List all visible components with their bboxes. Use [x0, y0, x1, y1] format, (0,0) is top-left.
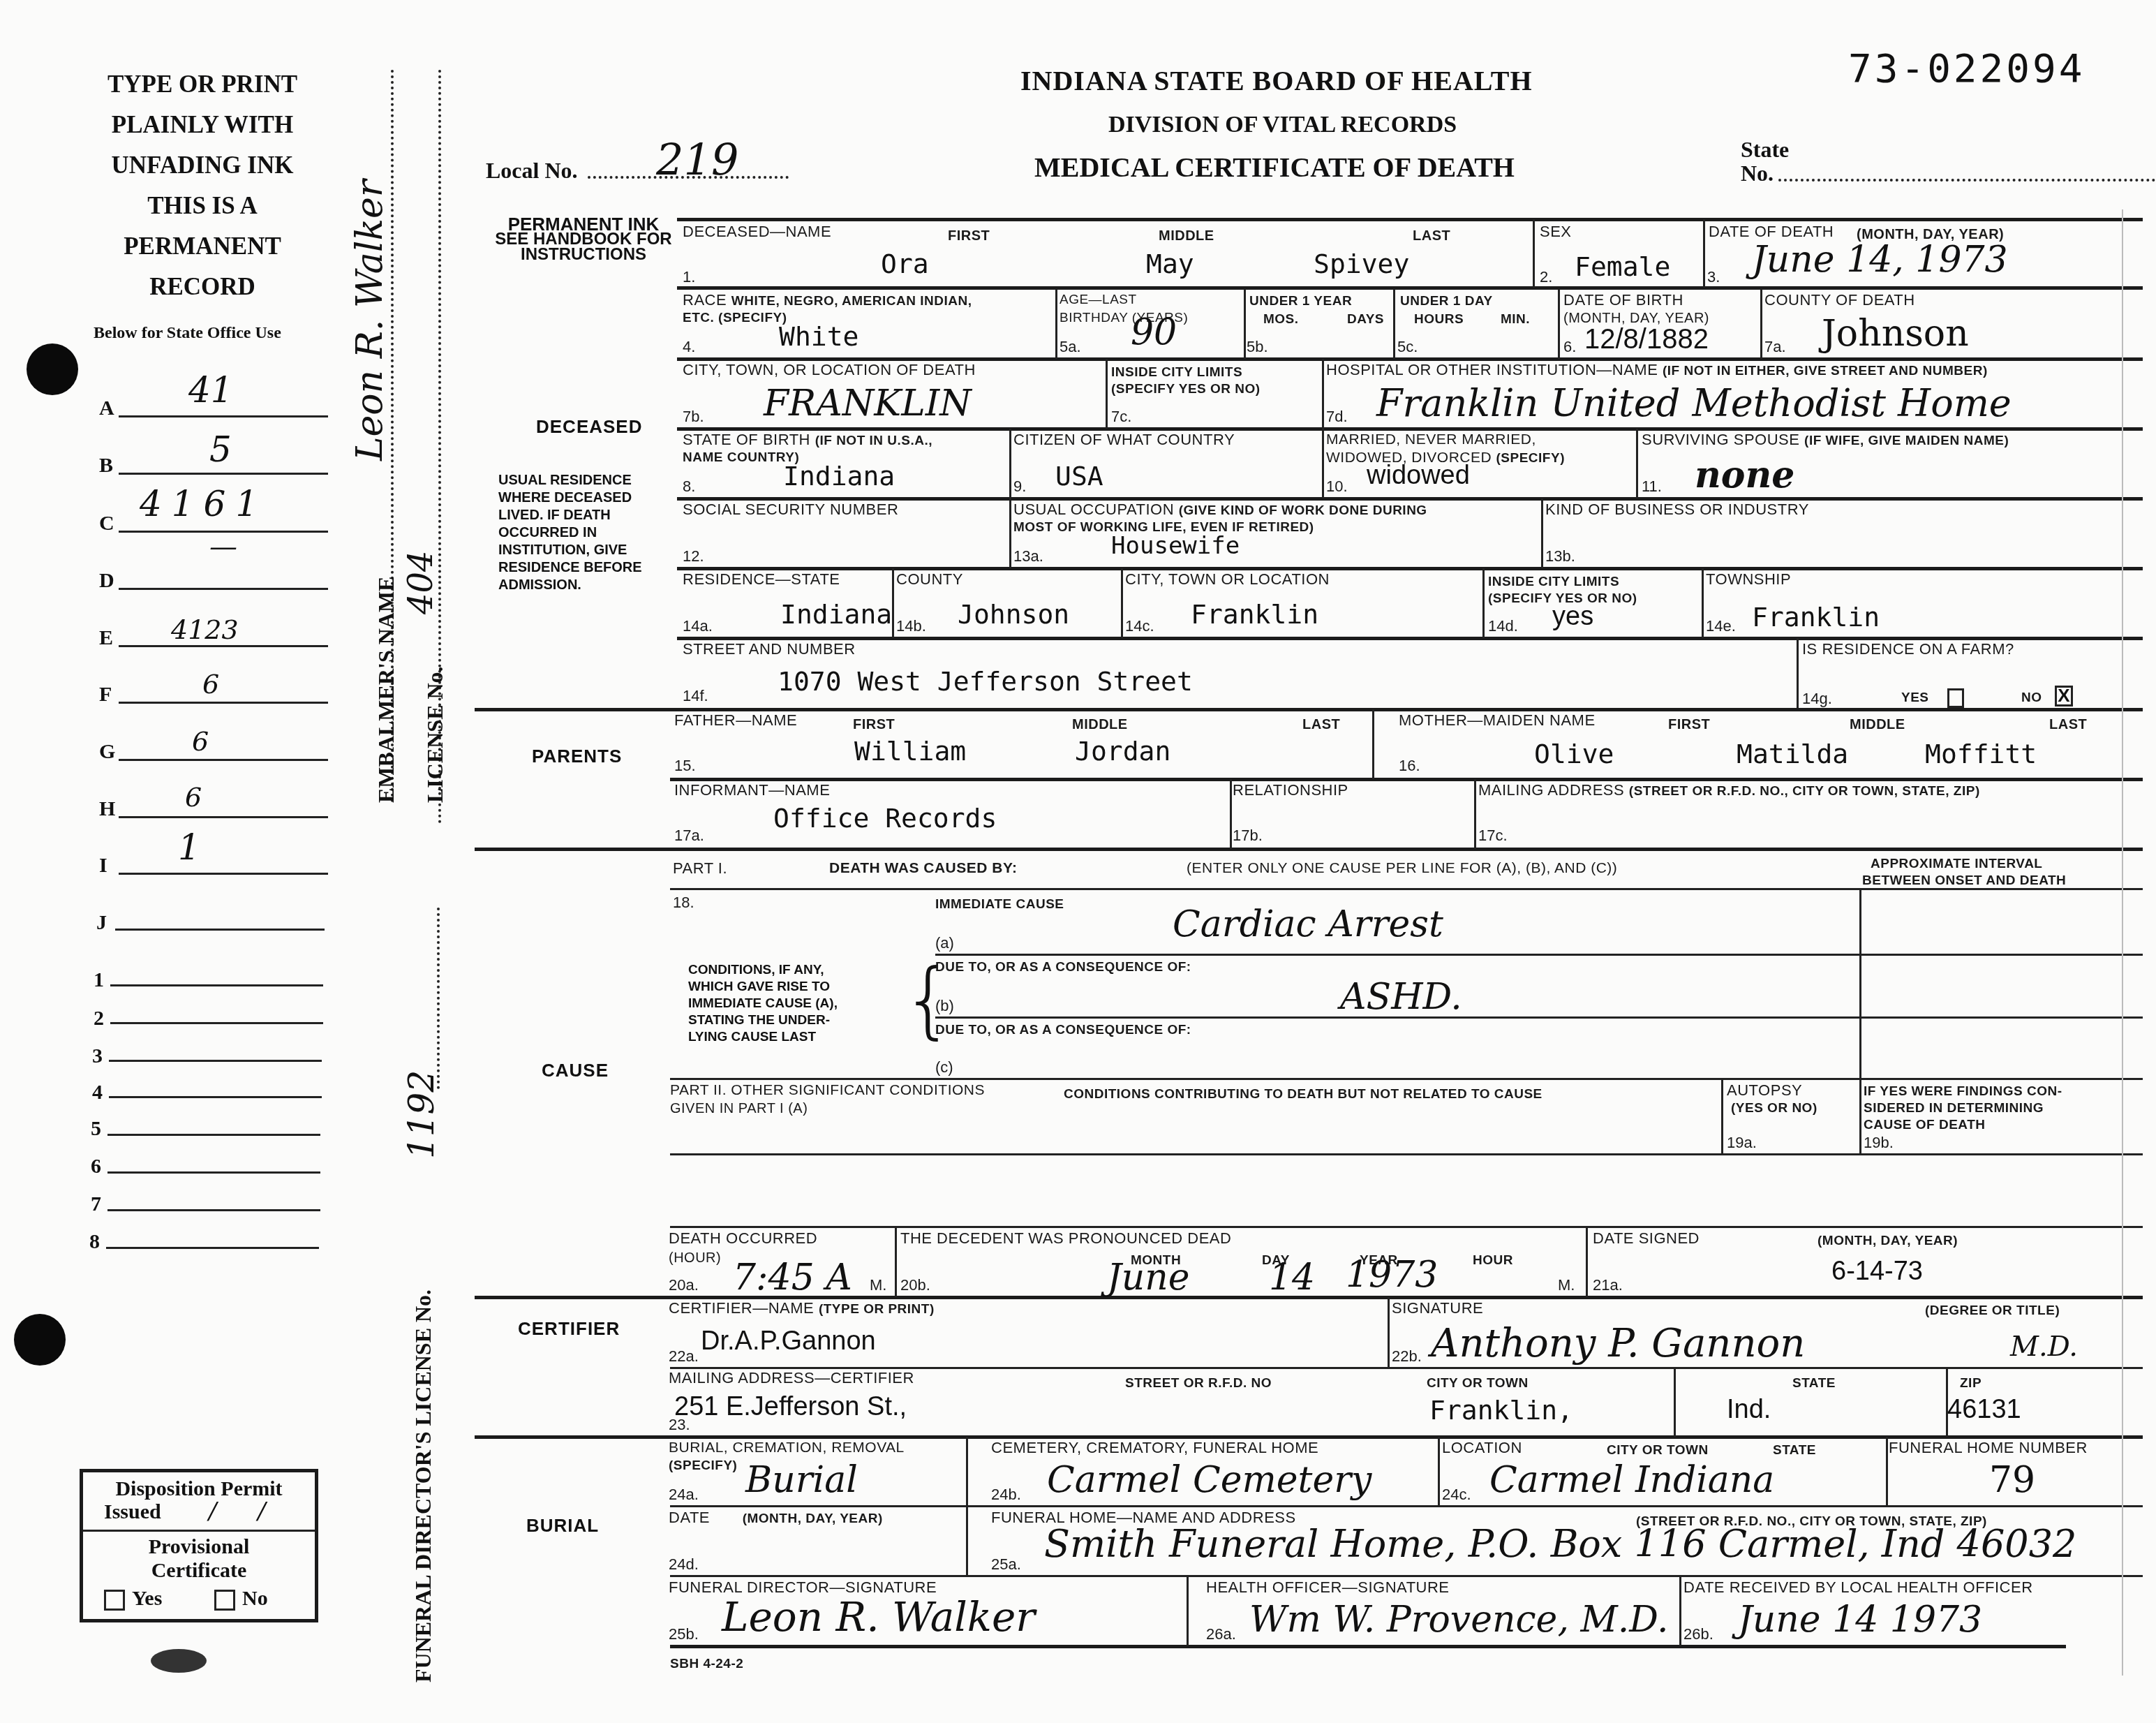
- label: UNDER 1 DAY: [1400, 293, 1493, 310]
- notice-line: UNFADING INK: [84, 145, 321, 186]
- embalmer-name-label: EMBALMER'S NAME: [373, 577, 399, 803]
- label: SIDERED IN DETERMINING: [1864, 1100, 2044, 1117]
- label: HOSPITAL OR OTHER INSTITUTION—NAME (IF N…: [1326, 362, 1988, 380]
- divider: [1703, 219, 1705, 288]
- divider: [1859, 889, 1861, 1079]
- embalmer-name-value[interactable]: Leon R. Walker: [349, 179, 391, 461]
- certifier-name-value[interactable]: Dr.A.P.Gannon: [701, 1326, 876, 1356]
- certifier-signature[interactable]: Anthony P. Gannon: [1431, 1321, 1805, 1366]
- disposition-divider: [83, 1530, 315, 1532]
- field-num: 14g.: [1802, 690, 1832, 708]
- label: LAST: [2049, 716, 2087, 733]
- notice-line: PLAINLY WITH: [84, 105, 321, 145]
- handbook-label-2: INSTRUCTIONS: [486, 247, 681, 262]
- label: CITY OR TOWN: [1607, 1442, 1709, 1459]
- residence-county-value[interactable]: Johnson: [958, 599, 1069, 630]
- divider: [1187, 1576, 1189, 1646]
- field-num: 26b.: [1683, 1625, 1713, 1643]
- local-no-value[interactable]: 219: [656, 134, 738, 185]
- divider: [1886, 1437, 1888, 1507]
- divider: [1797, 638, 1799, 708]
- field-num: 17b.: [1233, 827, 1263, 845]
- divider: [1230, 779, 1232, 849]
- label: FATHER—NAME: [674, 712, 797, 729]
- cause-a-value[interactable]: Cardiac Arrest: [1173, 903, 1443, 945]
- label: ETC. (SPECIFY): [683, 310, 787, 327]
- label: INSIDE CITY LIMITS: [1111, 364, 1242, 381]
- funeral-home-number-value[interactable]: 79: [1989, 1459, 2035, 1501]
- field-num: 14a.: [683, 617, 713, 635]
- father-first-value[interactable]: William: [854, 736, 966, 767]
- state-file-number: 73-022094: [1848, 46, 2085, 91]
- label: (IF NOT IN EITHER, GIVE STREET AND NUMBE…: [1663, 364, 1988, 378]
- note-line: RESIDENCE BEFORE: [498, 559, 642, 577]
- field-num: 4.: [683, 338, 695, 356]
- rule: [670, 1078, 2143, 1080]
- code-key: A: [99, 397, 114, 420]
- field-num: 5a.: [1060, 338, 1081, 356]
- field-num: 10.: [1326, 478, 1348, 496]
- code-key: 7: [91, 1192, 101, 1216]
- note-line: OCCURRED IN: [498, 524, 642, 542]
- label: HOUR: [1473, 1252, 1513, 1269]
- code-line: [109, 1060, 322, 1062]
- inside-city-limits-value[interactable]: yes: [1552, 602, 1593, 632]
- label: CERTIFIER—NAME (TYPE OR PRINT): [669, 1300, 935, 1318]
- code-key: E: [99, 626, 113, 650]
- union-label-icon: [151, 1649, 207, 1673]
- field-num: 17a.: [674, 827, 704, 845]
- death-certificate: TYPE OR PRINT PLAINLY WITH UNFADING INK …: [0, 0, 2156, 1723]
- farm-no-checkbox[interactable]: X: [2055, 686, 2073, 707]
- label: DATE (MONTH, DAY, YEAR): [669, 1509, 883, 1528]
- divider: [1009, 498, 1011, 568]
- label: DATE RECEIVED BY LOCAL HEALTH OFFICER: [1683, 1579, 2033, 1596]
- label: SEX: [1540, 223, 1572, 240]
- rule: [670, 1153, 2143, 1155]
- place-of-death-value[interactable]: FRANKLIN: [764, 383, 972, 424]
- code-value[interactable]: 6: [192, 726, 209, 757]
- code-line: [109, 1096, 322, 1098]
- label: MAILING ADDRESS (STREET OR R.F.D. NO., C…: [1478, 782, 1980, 800]
- sex-value[interactable]: Female: [1575, 251, 1670, 282]
- code-key: I: [99, 854, 107, 878]
- label: LOCATION: [1442, 1440, 1522, 1456]
- label: (MONTH, DAY, YEAR): [743, 1511, 883, 1526]
- divider: [1636, 429, 1638, 498]
- label: CITY, TOWN OR LOCATION: [1125, 571, 1330, 588]
- field-num: 19a.: [1727, 1134, 1757, 1152]
- label: (IF WIFE, GIVE MAIDEN NAME): [1804, 434, 2009, 448]
- label: NAME COUNTRY): [683, 450, 799, 466]
- deceased-last-name[interactable]: Spivey: [1314, 249, 1409, 279]
- label: SOCIAL SECURITY NUMBER: [683, 501, 898, 518]
- label: CITY, TOWN, OR LOCATION OF DEATH: [683, 362, 976, 378]
- label: IMMEDIATE CAUSE: [935, 896, 1064, 913]
- code-value[interactable]: 6: [185, 782, 202, 813]
- label: PART I.: [673, 860, 727, 877]
- code-key: H: [99, 797, 115, 821]
- label: DAYS: [1347, 311, 1384, 328]
- field-num: 18.: [673, 894, 694, 912]
- field-num: 20a.: [669, 1276, 699, 1294]
- note-line: LYING CAUSE LAST: [688, 1029, 838, 1046]
- label: (YES OR NO): [1731, 1100, 1817, 1117]
- conditions-note: CONDITIONS, IF ANY, WHICH GAVE RISE TO I…: [688, 962, 838, 1046]
- label: (IF NOT IN U.S.A.,: [815, 434, 932, 448]
- code-value[interactable]: 4123: [171, 614, 239, 645]
- label: STATE OF BIRTH (IF NOT IN U.S.A.,: [683, 431, 932, 450]
- form-code: SBH 4-24-2: [670, 1656, 743, 1673]
- code-key: 3: [92, 1044, 103, 1068]
- residence-city-value[interactable]: Franklin: [1191, 599, 1318, 630]
- funeral-home-value[interactable]: Smith Funeral Home, P.O. Box 116 Carmel,…: [1044, 1522, 2076, 1566]
- field-num: 24b.: [991, 1486, 1021, 1504]
- street-address-value[interactable]: 1070 West Jefferson Street: [778, 666, 1193, 697]
- cause-a-label: (a): [935, 934, 954, 952]
- code-line: [119, 702, 328, 704]
- section-parents: PARENTS: [532, 746, 622, 767]
- funeral-director-signature[interactable]: Leon R. Walker: [722, 1593, 1035, 1641]
- certifier-state-value[interactable]: Ind.: [1727, 1395, 1771, 1425]
- divider: [1121, 568, 1123, 638]
- label: (DEGREE OR TITLE): [1925, 1303, 2060, 1319]
- division-title: DIVISION OF VITAL RECORDS: [1108, 112, 1457, 138]
- field-num: 2.: [1540, 268, 1552, 286]
- disposition-method-value[interactable]: Burial: [745, 1459, 858, 1501]
- label: THE DECEDENT WAS PRONOUNCED DEAD: [900, 1230, 1231, 1247]
- date-signed-value[interactable]: 6-14-73: [1831, 1257, 1923, 1287]
- rule: [677, 218, 2143, 221]
- pronounced-month-value[interactable]: June: [1107, 1257, 1190, 1299]
- father-middle-value[interactable]: Jordan: [1075, 736, 1170, 767]
- code-value[interactable]: 1: [178, 827, 200, 868]
- rule: [670, 1575, 2143, 1577]
- field-num: 5b.: [1247, 338, 1268, 356]
- label: USUAL OCCUPATION: [1013, 501, 1174, 518]
- cause-b-label: (b): [935, 997, 954, 1015]
- code-line: [106, 1247, 319, 1249]
- code-line: [119, 873, 328, 875]
- code-line: [110, 1022, 323, 1024]
- check-mark-icon: X: [2058, 685, 2069, 706]
- rule: [677, 427, 2143, 431]
- label: CONDITIONS CONTRIBUTING TO DEATH BUT NOT…: [1064, 1086, 1542, 1103]
- certificate-label: Certificate: [83, 1559, 315, 1583]
- field-num: 25a.: [991, 1555, 1021, 1574]
- code-line: [119, 473, 328, 475]
- label: APPROXIMATE INTERVAL: [1871, 856, 2042, 873]
- burial-location-value[interactable]: Carmel Indiana: [1489, 1459, 1774, 1501]
- code-value[interactable]: 6: [202, 669, 219, 700]
- county-of-death-value[interactable]: Johnson: [1822, 313, 1969, 355]
- code-value[interactable]: —: [209, 531, 237, 563]
- field-num: 13a.: [1013, 547, 1043, 565]
- date-of-birth-value[interactable]: 12/8/1882: [1584, 324, 1709, 355]
- divider: [1760, 289, 1762, 359]
- label: LAST: [1413, 228, 1450, 244]
- disposition-issued-value[interactable]: / /: [209, 1498, 283, 1525]
- residence-state-value[interactable]: Indiana: [780, 599, 892, 630]
- code-line: [107, 1171, 320, 1174]
- label: (SPECIFY): [1496, 451, 1565, 466]
- divider: [1372, 709, 1374, 779]
- field-num: 1.: [683, 268, 695, 286]
- notice-block: TYPE OR PRINT PLAINLY WITH UNFADING INK …: [84, 64, 321, 307]
- informant-value[interactable]: Office Records: [773, 803, 997, 834]
- code-key: 1: [94, 968, 104, 992]
- local-no-label: Local No.: [486, 158, 578, 184]
- death-hour-value[interactable]: 7:45 A: [733, 1257, 852, 1299]
- label: RELATIONSHIP: [1233, 782, 1348, 799]
- embalmer-license-label: LICENSE No.: [422, 666, 448, 803]
- label: RACE WHITE, NEGRO, AMERICAN INDIAN,: [683, 292, 972, 310]
- cause-c-label: (c): [935, 1058, 953, 1077]
- fd-license-label: FUNERAL DIRECTOR'S LICENSE No.: [410, 1289, 436, 1683]
- divider: [895, 1227, 897, 1297]
- label: RACE: [683, 291, 727, 309]
- code-key: 4: [92, 1081, 103, 1104]
- age-value[interactable]: 90: [1131, 311, 1177, 353]
- mother-first-value[interactable]: Olive: [1534, 739, 1614, 769]
- margin-dotted-rule: [437, 908, 440, 1089]
- label: MIDDLE: [1159, 228, 1214, 244]
- state-of-birth-value[interactable]: Indiana: [783, 461, 895, 491]
- state-no-label-1: State: [1741, 137, 1789, 163]
- certifier-zip-value[interactable]: 46131: [1947, 1395, 2021, 1425]
- field-num: 25b.: [669, 1625, 699, 1643]
- code-line: [119, 645, 328, 647]
- label: KIND OF BUSINESS OR INDUSTRY: [1545, 501, 1809, 518]
- notice-line: THIS IS A: [84, 186, 321, 226]
- pronounced-year-value[interactable]: 1973: [1346, 1254, 1438, 1296]
- disposition-permit-box: Disposition Permit Issued / / Provisiona…: [80, 1469, 318, 1622]
- field-num: 19b.: [1864, 1134, 1894, 1152]
- institution-value[interactable]: Franklin United Methodist Home: [1376, 381, 2012, 425]
- label: DATE SIGNED: [1593, 1230, 1700, 1247]
- divider: [1541, 498, 1543, 568]
- fd-license-value[interactable]: 1192: [401, 1070, 442, 1159]
- label: SURVIVING SPOUSE: [1642, 431, 1799, 448]
- code-value[interactable]: 5: [209, 429, 232, 470]
- label: STREET OR R.F.D. NO: [1125, 1375, 1272, 1392]
- label: (STREET OR R.F.D. NO., CITY OR TOWN, STA…: [1629, 784, 1980, 799]
- divider: [1482, 568, 1485, 638]
- right-edge-rule: [2122, 209, 2123, 1676]
- surviving-spouse-value[interactable]: none: [1695, 454, 1794, 496]
- label: (ENTER ONLY ONE CAUSE PER LINE FOR (a), …: [1187, 860, 1617, 877]
- label: STATE: [1792, 1375, 1836, 1392]
- code-key: F: [99, 683, 112, 707]
- code-key: 6: [91, 1155, 101, 1178]
- rule: [670, 1645, 2066, 1648]
- provisional-yes-checkbox[interactable]: [104, 1590, 125, 1611]
- deceased-first-name[interactable]: Ora: [881, 249, 929, 279]
- marital-status-value[interactable]: widowed: [1367, 461, 1470, 491]
- field-num: 14d.: [1488, 617, 1518, 635]
- label: SURVIVING SPOUSE (IF WIFE, GIVE MAIDEN N…: [1642, 431, 2009, 450]
- usual-residence-note: USUAL RESIDENCE WHERE DECEASED LIVED. IF…: [498, 472, 642, 594]
- label: DATE OF BIRTH: [1563, 292, 1683, 309]
- field-num: 24c.: [1442, 1486, 1471, 1504]
- label: (SPECIFY YES OR NO): [1111, 381, 1261, 398]
- field-num: 7b.: [683, 408, 704, 426]
- rule: [935, 1016, 2143, 1019]
- rule: [670, 1505, 2143, 1507]
- notice-line: RECORD: [84, 267, 321, 307]
- field-num: 13b.: [1545, 547, 1575, 565]
- code-line: [107, 1134, 320, 1136]
- code-key: B: [99, 454, 113, 478]
- race-value[interactable]: White: [779, 321, 858, 352]
- label: COUNTY: [896, 571, 963, 588]
- note-line: STATING THE UNDER-: [688, 1012, 838, 1029]
- code-value[interactable]: 4161: [140, 484, 267, 524]
- label: CAUSE OF DEATH: [1864, 1117, 1985, 1134]
- occupation-value[interactable]: Housewife: [1111, 532, 1240, 560]
- label: TOWNSHIP: [1706, 571, 1791, 588]
- field-num: 21a.: [1593, 1276, 1623, 1294]
- provisional-no-label: No: [242, 1587, 268, 1610]
- section-cause: CAUSE: [542, 1060, 609, 1081]
- label: WHITE, NEGRO, AMERICAN INDIAN,: [731, 294, 972, 309]
- code-key: 8: [89, 1230, 100, 1254]
- field-num: 9.: [1013, 478, 1026, 496]
- label: CERTIFIER—NAME: [669, 1299, 814, 1317]
- divider: [1106, 359, 1108, 429]
- note-line: ADMISSION.: [498, 577, 642, 594]
- label: UNDER 1 YEAR: [1249, 293, 1352, 310]
- divider: [1674, 1367, 1676, 1437]
- code-line: [107, 1209, 320, 1211]
- divider: [892, 568, 894, 638]
- label: MIN.: [1501, 311, 1530, 328]
- deceased-middle-name[interactable]: May: [1146, 249, 1194, 279]
- field-num: 8.: [683, 478, 695, 496]
- label: BURIAL, CREMATION, REMOVAL: [669, 1440, 905, 1456]
- health-officer-signature[interactable]: Wm W. Provence, M.D.: [1249, 1599, 1669, 1641]
- label: IF YES WERE FINDINGS CON-: [1864, 1084, 2062, 1100]
- code-line: [119, 816, 328, 818]
- field-num: 6.: [1563, 338, 1576, 356]
- divider: [1702, 568, 1704, 638]
- divider: [1679, 1576, 1681, 1646]
- field-num: 7c.: [1111, 408, 1131, 426]
- pronounced-day-value[interactable]: 14: [1269, 1257, 1315, 1299]
- certifier-street-value[interactable]: 251 E.Jefferson St.,: [674, 1392, 907, 1422]
- provisional-label: Provisional: [83, 1535, 315, 1559]
- divider: [1393, 289, 1395, 359]
- date-of-death-value[interactable]: June 14, 1973: [1752, 239, 2008, 281]
- label: STREET AND NUMBER: [683, 641, 856, 658]
- label: CEMETERY, CREMATORY, FUNERAL HOME: [991, 1440, 1318, 1456]
- certifier-city-value[interactable]: Franklin,: [1429, 1395, 1573, 1426]
- cemetery-value[interactable]: Carmel Cemetery: [1047, 1459, 1371, 1501]
- cause-b-value[interactable]: ASHD.: [1340, 976, 1462, 1018]
- provisional-no-checkbox[interactable]: [214, 1590, 235, 1611]
- label: USUAL OCCUPATION (GIVE KIND OF WORK DONE…: [1013, 501, 1427, 519]
- field-num: 5c.: [1397, 338, 1418, 356]
- divider: [1009, 429, 1011, 498]
- label: INSIDE CITY LIMITS: [1488, 574, 1619, 591]
- rule: [677, 286, 2143, 290]
- label: COUNTY OF DEATH: [1764, 292, 1915, 309]
- divider: [1388, 1297, 1390, 1367]
- label: AGE—LAST: [1060, 292, 1137, 309]
- farm-yes-checkbox[interactable]: [1947, 688, 1964, 708]
- label: (TYPE OR PRINT): [819, 1302, 935, 1317]
- field-num: 14c.: [1125, 617, 1154, 635]
- rule: [475, 848, 2143, 851]
- code-value[interactable]: 41: [188, 370, 233, 411]
- disposition-issued-label: Issued: [104, 1500, 161, 1524]
- mother-middle-value[interactable]: Matilda: [1737, 739, 1848, 769]
- divider: [1859, 1079, 1861, 1155]
- divider: [1322, 429, 1324, 498]
- label: DUE TO, OR AS A CONSEQUENCE OF:: [935, 1022, 1191, 1039]
- code-key: D: [99, 569, 114, 593]
- label: MARRIED, NEVER MARRIED,: [1326, 431, 1536, 448]
- am-pm-suffix: M.: [1558, 1276, 1575, 1294]
- code-key: J: [96, 911, 107, 935]
- code-line: [119, 415, 328, 417]
- label: (SPECIFY): [669, 1458, 737, 1474]
- divider: [1474, 779, 1476, 849]
- label: STATE: [1773, 1442, 1816, 1459]
- rule: [935, 954, 2143, 956]
- rule: [670, 1226, 2143, 1228]
- field-num: 26a.: [1206, 1625, 1236, 1643]
- note-line: LIVED. IF DEATH: [498, 507, 642, 524]
- embalmer-license-value[interactable]: 404: [401, 550, 440, 614]
- code-line: [110, 984, 323, 986]
- field-num: 22b.: [1392, 1347, 1422, 1366]
- label: MIDDLE: [1850, 716, 1905, 733]
- field-num: 22a.: [669, 1347, 699, 1366]
- am-pm-suffix: M.: [870, 1276, 886, 1294]
- field-num: 24a.: [669, 1486, 699, 1504]
- label: STATE OF BIRTH: [683, 431, 810, 448]
- note-line: INSTITUTION, GIVE: [498, 542, 642, 559]
- label: RESIDENCE—STATE: [683, 571, 840, 588]
- label: MAILING ADDRESS—CERTIFIER: [669, 1370, 914, 1386]
- label: MOS.: [1263, 311, 1299, 328]
- provisional-yes-label: Yes: [132, 1587, 162, 1610]
- section-burial: BURIAL: [526, 1515, 599, 1537]
- mother-last-value[interactable]: Moffitt: [1925, 739, 2037, 769]
- label: PART II. OTHER SIGNIFICANT CONDITIONS: [670, 1082, 985, 1099]
- label: MOTHER—MAIDEN NAME: [1399, 712, 1596, 729]
- certifier-degree[interactable]: M.D.: [2010, 1331, 2078, 1363]
- township-value[interactable]: Franklin: [1752, 602, 1880, 633]
- code-key: 2: [94, 1007, 104, 1030]
- divider: [1721, 1079, 1723, 1155]
- label: ZIP: [1960, 1375, 1982, 1392]
- rule: [670, 778, 2143, 781]
- label: DEATH OCCURRED: [669, 1230, 817, 1247]
- label: DECEASED—NAME: [683, 223, 831, 240]
- state-no-line: [1778, 179, 2155, 182]
- citizenship-value[interactable]: USA: [1055, 461, 1103, 491]
- state-no-label-2: No.: [1741, 161, 1774, 186]
- label: (GIVE KIND OF WORK DONE DURING: [1179, 503, 1427, 518]
- farm-no-label: NO: [2021, 690, 2042, 707]
- label: FIRST: [1668, 716, 1710, 733]
- label: (MONTH, DAY, YEAR): [1817, 1233, 1958, 1250]
- date-received-value[interactable]: June 14 1973: [1738, 1599, 1982, 1641]
- label: HEALTH OFFICER—SIGNATURE: [1206, 1579, 1450, 1596]
- divider: [1533, 219, 1535, 288]
